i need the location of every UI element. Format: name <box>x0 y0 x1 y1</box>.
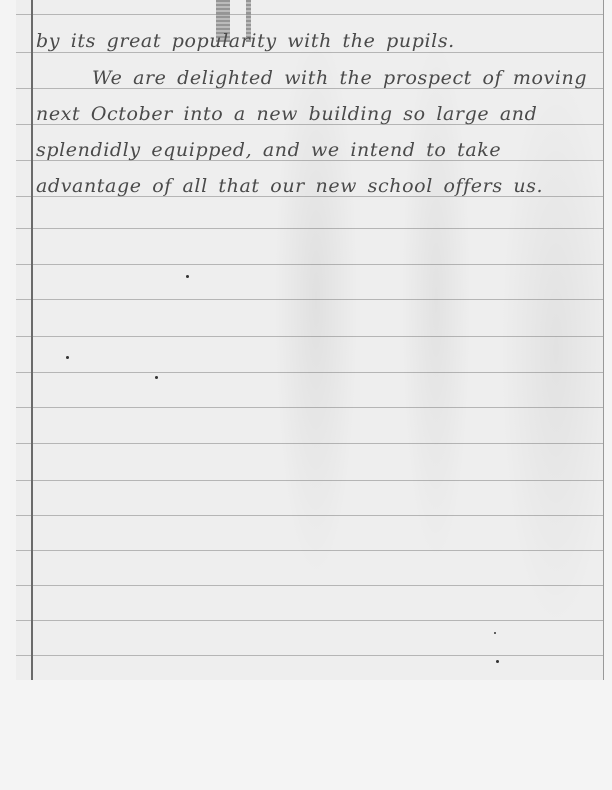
scan-speck <box>66 356 69 359</box>
scan-speck <box>155 376 158 379</box>
handwritten-line: We are delighted with the prospect of mo… <box>92 67 587 89</box>
handwritten-line: advantage of all that our new school off… <box>36 175 543 197</box>
ruled-line <box>16 655 604 656</box>
margin-line <box>31 0 33 680</box>
ruled-line <box>16 299 604 300</box>
handwritten-line: by its great popularity with the pupils. <box>36 30 455 52</box>
scan-speck <box>494 632 496 634</box>
ruled-line <box>16 515 604 516</box>
ruled-line <box>16 550 604 551</box>
handwritten-line: next October into a new building so larg… <box>36 103 537 125</box>
ruled-line <box>16 264 604 265</box>
ruled-line <box>16 407 604 408</box>
scan-speck <box>186 275 189 278</box>
ruled-line <box>16 443 604 444</box>
scan-speck <box>496 660 499 663</box>
ruled-line <box>16 336 604 337</box>
ruled-line <box>16 372 604 373</box>
ruled-line <box>16 480 604 481</box>
ruled-line <box>16 52 604 53</box>
ruled-line <box>16 585 604 586</box>
page-edge <box>603 0 604 680</box>
ruled-line <box>16 620 604 621</box>
ruled-line <box>16 228 604 229</box>
ruled-line <box>16 14 604 15</box>
notebook-page: by its great popularity with the pupils.… <box>16 0 604 680</box>
handwritten-line: splendidly equipped, and we intend to ta… <box>36 139 501 161</box>
